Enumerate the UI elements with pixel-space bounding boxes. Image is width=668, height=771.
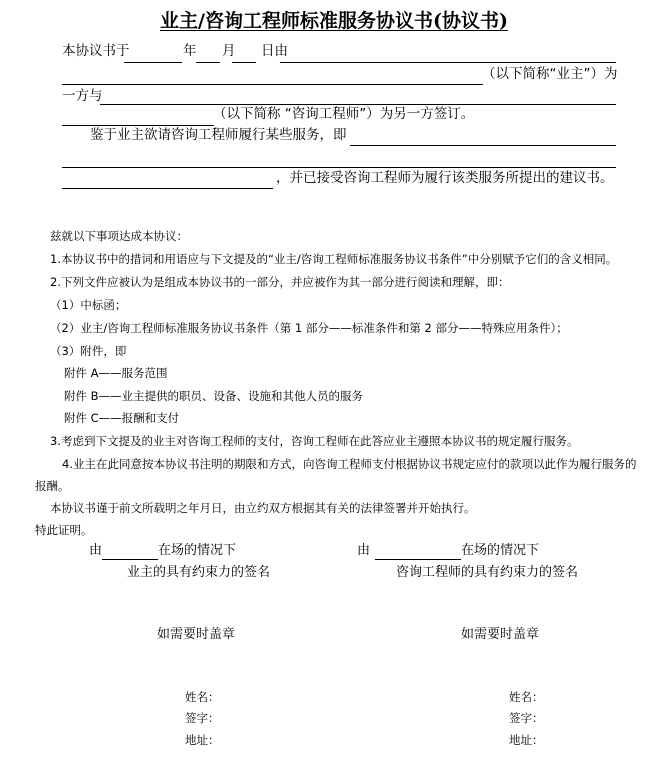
consultant-name-line-2[interactable] [62,125,214,126]
clause-2-item-3: （3）附件，即 [50,344,126,359]
consultant-name-label[interactable]: 姓名： [509,690,544,705]
consultant-name-line[interactable] [100,104,616,105]
owner-by-prefix: 由 [89,543,102,559]
document-title: 业主/咨询工程师标准服务协议书(协议书) [0,6,668,33]
owner-name-label[interactable]: 姓名： [185,690,220,705]
consultant-by-prefix: 由 [357,543,370,559]
owner-name-line[interactable] [280,62,616,63]
date-blank-line[interactable] [124,62,182,63]
owner-sign-label[interactable]: 签字： [185,711,220,726]
year-label: 年 [183,43,197,60]
consultant-presence-text: 在场的情况下 [461,543,539,559]
month-blank-line[interactable] [232,62,256,63]
clause-4-cont: 报酬。 [35,479,70,494]
year-blank-line[interactable] [196,62,220,63]
clause-2: 2.下列文件应被认为是组成本协议书的一部分，并应被作为其一部分进行阅读和理解，即… [50,275,509,290]
day-by-label: 日由 [261,43,288,60]
execution-text: 本协议书谨于前文所载明之年月日，由立约双方根据其有关的法律签署并开始执行。 [50,501,476,516]
owner-seal-text: 如需要时盖章 [157,627,235,643]
consultant-alias-text: （以下简称 “咨询工程师”）为另一方签订。 [213,106,474,123]
services-line-3[interactable] [62,188,273,189]
owner-presence-text: 在场的情况下 [158,543,236,559]
witness-text: 特此证明。 [35,523,93,538]
clause-4: 4.业主在此同意按本协议书注明的期限和方式，向咨询工程师支付根据协议书规定应付的… [62,457,636,472]
party-with-text: 一方与 [62,88,103,105]
month-label: 月 [222,43,236,60]
agreement-intro: 兹就以下事项达成本协议： [50,229,188,244]
services-line-1[interactable] [350,145,616,146]
whereas-text: 鉴于业主欲请咨询工程师履行某些服务，即 [90,127,347,144]
preamble-date-prefix: 本协议书于 [62,43,130,60]
clause-2-item-1: （1）中标函； [50,298,126,313]
owner-alias-text: （以下简称“业主”）为 [482,66,618,83]
clause-3: 3.考虑到下文提及的业主对咨询工程师的支付，咨询工程师在此答应业主遵照本协议书的… [50,434,578,449]
appendix-a: 附件 A——服务范围 [64,366,168,381]
owner-name-line-2[interactable] [62,84,483,85]
accepted-text: ，并已接受咨询工程师为履行该类服务所提出的建议书。 [276,170,614,187]
clause-2-item-2: （2）业主/咨询工程师标准服务协议书条件（第 1 部分——标准条件和第 2 部分… [50,321,568,336]
consultant-seal-text: 如需要时盖章 [461,627,539,643]
owner-witness-line[interactable] [102,559,158,560]
consultant-address-label[interactable]: 地址： [509,733,544,748]
consultant-signature-label: 咨询工程师的具有约束力的签名 [396,565,578,581]
services-line-2[interactable] [62,167,616,168]
consultant-sign-label[interactable]: 签字： [509,711,544,726]
owner-signature-label: 业主的具有约束力的签名 [127,565,270,581]
consultant-witness-line[interactable] [375,559,461,560]
appendix-b: 附件 B——业主提供的职员、设备、设施和其他人员的服务 [64,389,363,404]
appendix-c: 附件 C——报酬和支付 [64,411,179,426]
clause-1: 1.本协议书中的措词和用语应与下文提及的“业主/咨询工程师标准服务协议书条件”中… [50,252,617,267]
owner-address-label[interactable]: 地址： [185,733,220,748]
